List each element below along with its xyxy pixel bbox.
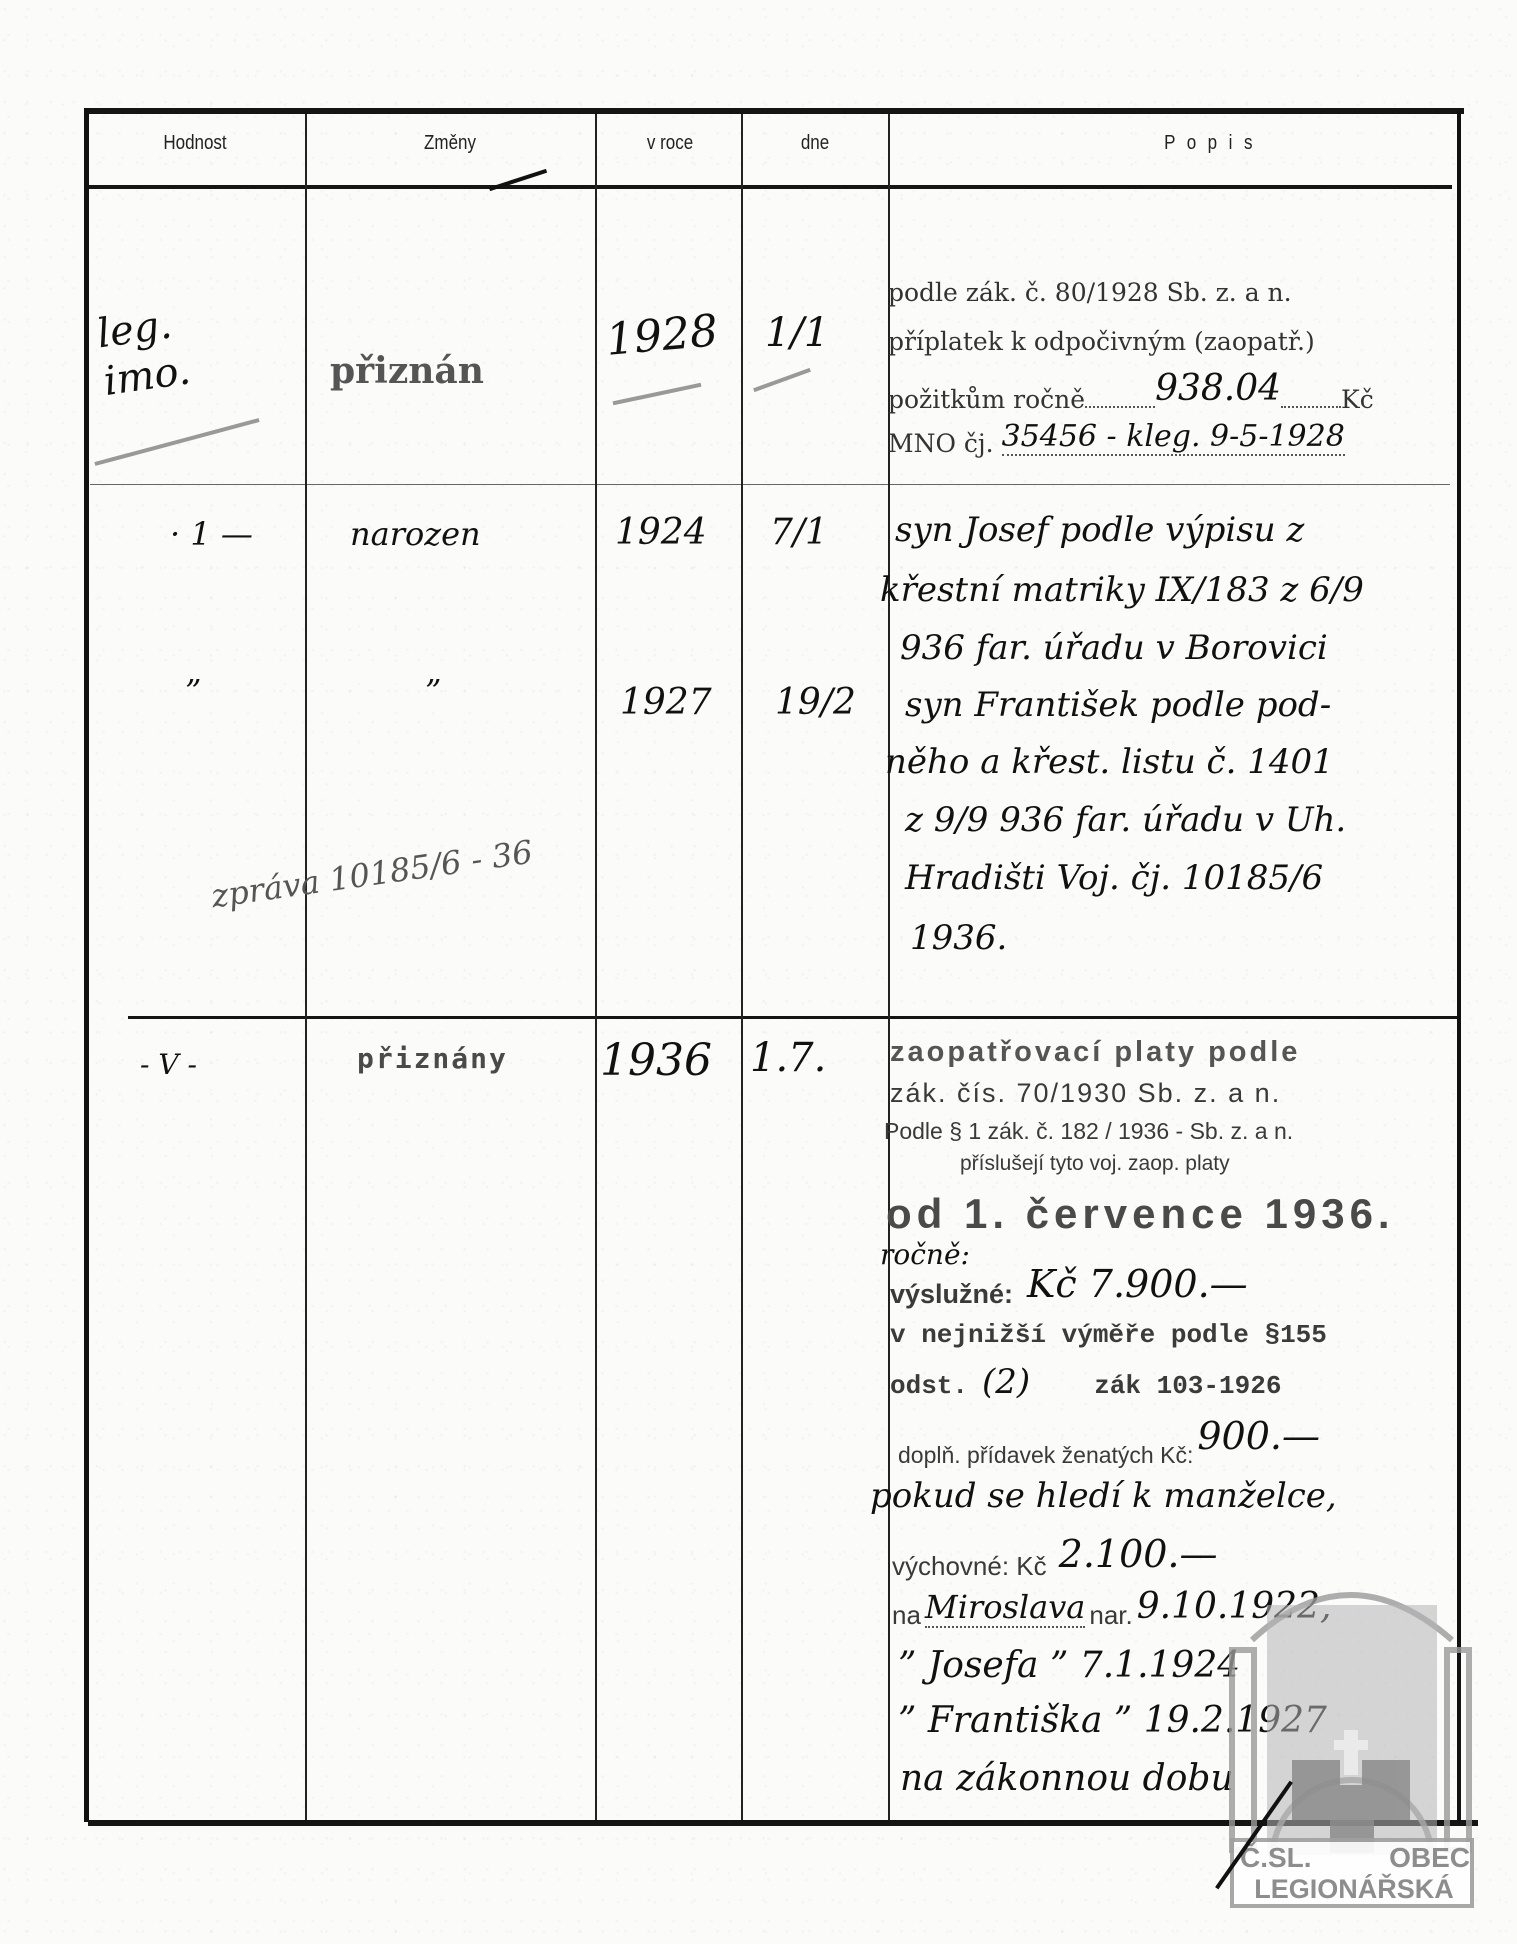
vysluzne-value: Kč 7.900.—: [1027, 1262, 1248, 1306]
row3-zmeny: ”: [425, 672, 441, 710]
row1-popis-line2: příplatek k odpočivným (zaopatř.): [888, 327, 1315, 356]
legion-emblem-watermark: Č.SL. OBEC LEGIONÁŘSKÁ: [1222, 1570, 1477, 1910]
emblem-csl: Č.SL.: [1240, 1842, 1312, 1874]
row2-year: 1924: [615, 512, 707, 553]
popis-stamp-date: od 1. července 1936.: [886, 1190, 1395, 1238]
header-dne: dne: [756, 132, 875, 155]
mno-reference: 35456 - kleg. 9-5-1928: [1002, 419, 1345, 456]
row3-popis-line4: Hradišti Voj. čj. 10185/6: [905, 858, 1323, 898]
vysluzne-label: výslužné:: [890, 1279, 1013, 1309]
row4-hodnost: - V -: [140, 1048, 197, 1081]
row2-zmeny: narozen: [350, 515, 481, 553]
child-2-line: ” Josefa ” 7.1.1924: [898, 1645, 1240, 1686]
row3-popis-line3: z 9/9 936 far. úřadu v Uh.: [905, 800, 1346, 840]
emblem-obec: OBEC: [1389, 1842, 1470, 1874]
row1-popis-line1: podle zák. č. 80/1928 Sb. z. a n.: [888, 278, 1292, 307]
pridavek-value: 900.—: [1197, 1414, 1320, 1458]
rocne-note: ročně:: [880, 1238, 970, 1271]
nar-label: nar.: [1089, 1600, 1132, 1630]
pencil-stroke: [753, 368, 811, 392]
table-top-border: [84, 108, 1464, 114]
vychovne-label: výchovné: Kč: [892, 1551, 1047, 1581]
row4-day: 1.7.: [750, 1035, 826, 1081]
currency-label: Kč: [1341, 385, 1374, 414]
right-border: [1457, 110, 1461, 1822]
row2-day: 7/1: [770, 512, 828, 553]
emblem-text-line2: LEGIONÁŘSKÁ: [1236, 1874, 1472, 1905]
row4-year: 1936: [600, 1035, 712, 1086]
typed-line-1: v nejnižší výměře podle §155: [890, 1320, 1327, 1350]
row1-popis-line3: požitkům ročně938.04Kč: [888, 376, 1374, 417]
row1-hodnost: leg. imo.: [94, 290, 256, 406]
typed-line-2: odst. (2) zák 103-1926: [890, 1362, 1281, 1402]
pridavek-note: pokud se hledí k manželce,: [870, 1476, 1337, 1516]
na-label: na: [892, 1600, 921, 1630]
row1-popis-line4: MNO čj. 35456 - kleg. 9-5-1928: [888, 425, 1345, 460]
row2-popis-line2: křestní matriky IX/183 z 6/9: [880, 570, 1364, 610]
vychovne-line: výchovné: Kč 2.100.—: [892, 1540, 1218, 1584]
popis-stamp-line3: Podle § 1 zák. č. 182 / 1936 - Sb. z. a …: [884, 1118, 1293, 1145]
row2-hodnost: · 1 —: [170, 515, 253, 553]
col-sep-3: [741, 114, 743, 1820]
mno-label: MNO čj.: [888, 429, 994, 458]
emblem-text-line1: Č.SL. OBEC: [1240, 1842, 1470, 1874]
odst-label: odst.: [890, 1371, 968, 1401]
row3-year: 1927: [620, 682, 712, 723]
pridavek-label: doplň. přídavek ženatých Kč:: [898, 1442, 1193, 1468]
row1-year: 1928: [604, 305, 720, 366]
header-divider: [84, 185, 1452, 189]
row3-popis-line1: syn František podle pod-: [905, 685, 1331, 725]
pencil-stroke: [613, 383, 702, 406]
row-divider-1: [90, 484, 1450, 485]
col-sep-1: [305, 114, 307, 1820]
header-zmeny: Změny: [340, 132, 561, 155]
pencil-stroke: [94, 418, 259, 466]
zak-reference: zák 103-1926: [1094, 1371, 1281, 1401]
row2-popis-line1: syn Josef podle výpisu z: [895, 510, 1304, 550]
row3-pencil-note: zpráva 10185/6 - 36: [209, 833, 535, 916]
row3-popis-line5: 1936.: [910, 918, 1007, 958]
child-1-name: Miroslava: [925, 1588, 1085, 1628]
row3-hodnost: ”: [185, 672, 201, 710]
row3-day: 19/2: [775, 682, 856, 723]
popis-stamp-line1: zaopatřovací platy podle: [890, 1036, 1300, 1069]
header-hodnost: Hodnost: [110, 132, 280, 155]
popis-stamp-line2: zák. čís. 70/1930 Sb. z. a n.: [890, 1078, 1281, 1109]
vysluzne-line: výslužné: Kč 7.900.—: [890, 1268, 1248, 1312]
row2-popis-line3: 936 far. úřadu v Borovici: [900, 628, 1328, 668]
col-sep-2: [595, 114, 597, 1820]
odst-number: (2): [982, 1362, 1030, 1402]
closing-line: na zákonnou dobu: [900, 1758, 1234, 1799]
pridavek-line: doplň. přídavek ženatých Kč: 900.—: [898, 1428, 1320, 1472]
header-v-roce: v roce: [611, 132, 730, 155]
left-border: [84, 108, 89, 1822]
header-popis: P o p i s: [1032, 132, 1389, 155]
vychovne-value: 2.100.—: [1059, 1532, 1218, 1576]
rocne-label: požitkům ročně: [888, 385, 1085, 414]
row1-day: 1/1: [765, 310, 829, 356]
row4-zmeny-stamp: přiznány: [357, 1042, 508, 1075]
popis-stamp-line4: příslušejí tyto voj. zaop. platy: [960, 1152, 1230, 1176]
col-sep-4: [888, 114, 890, 1820]
row1-amount: 938.04: [1155, 368, 1281, 409]
row3-popis-line2: něho a křest. listu č. 1401: [885, 742, 1334, 782]
row-divider-2: [128, 1016, 1458, 1019]
row1-zmeny-stamp: přiznán: [330, 350, 484, 392]
